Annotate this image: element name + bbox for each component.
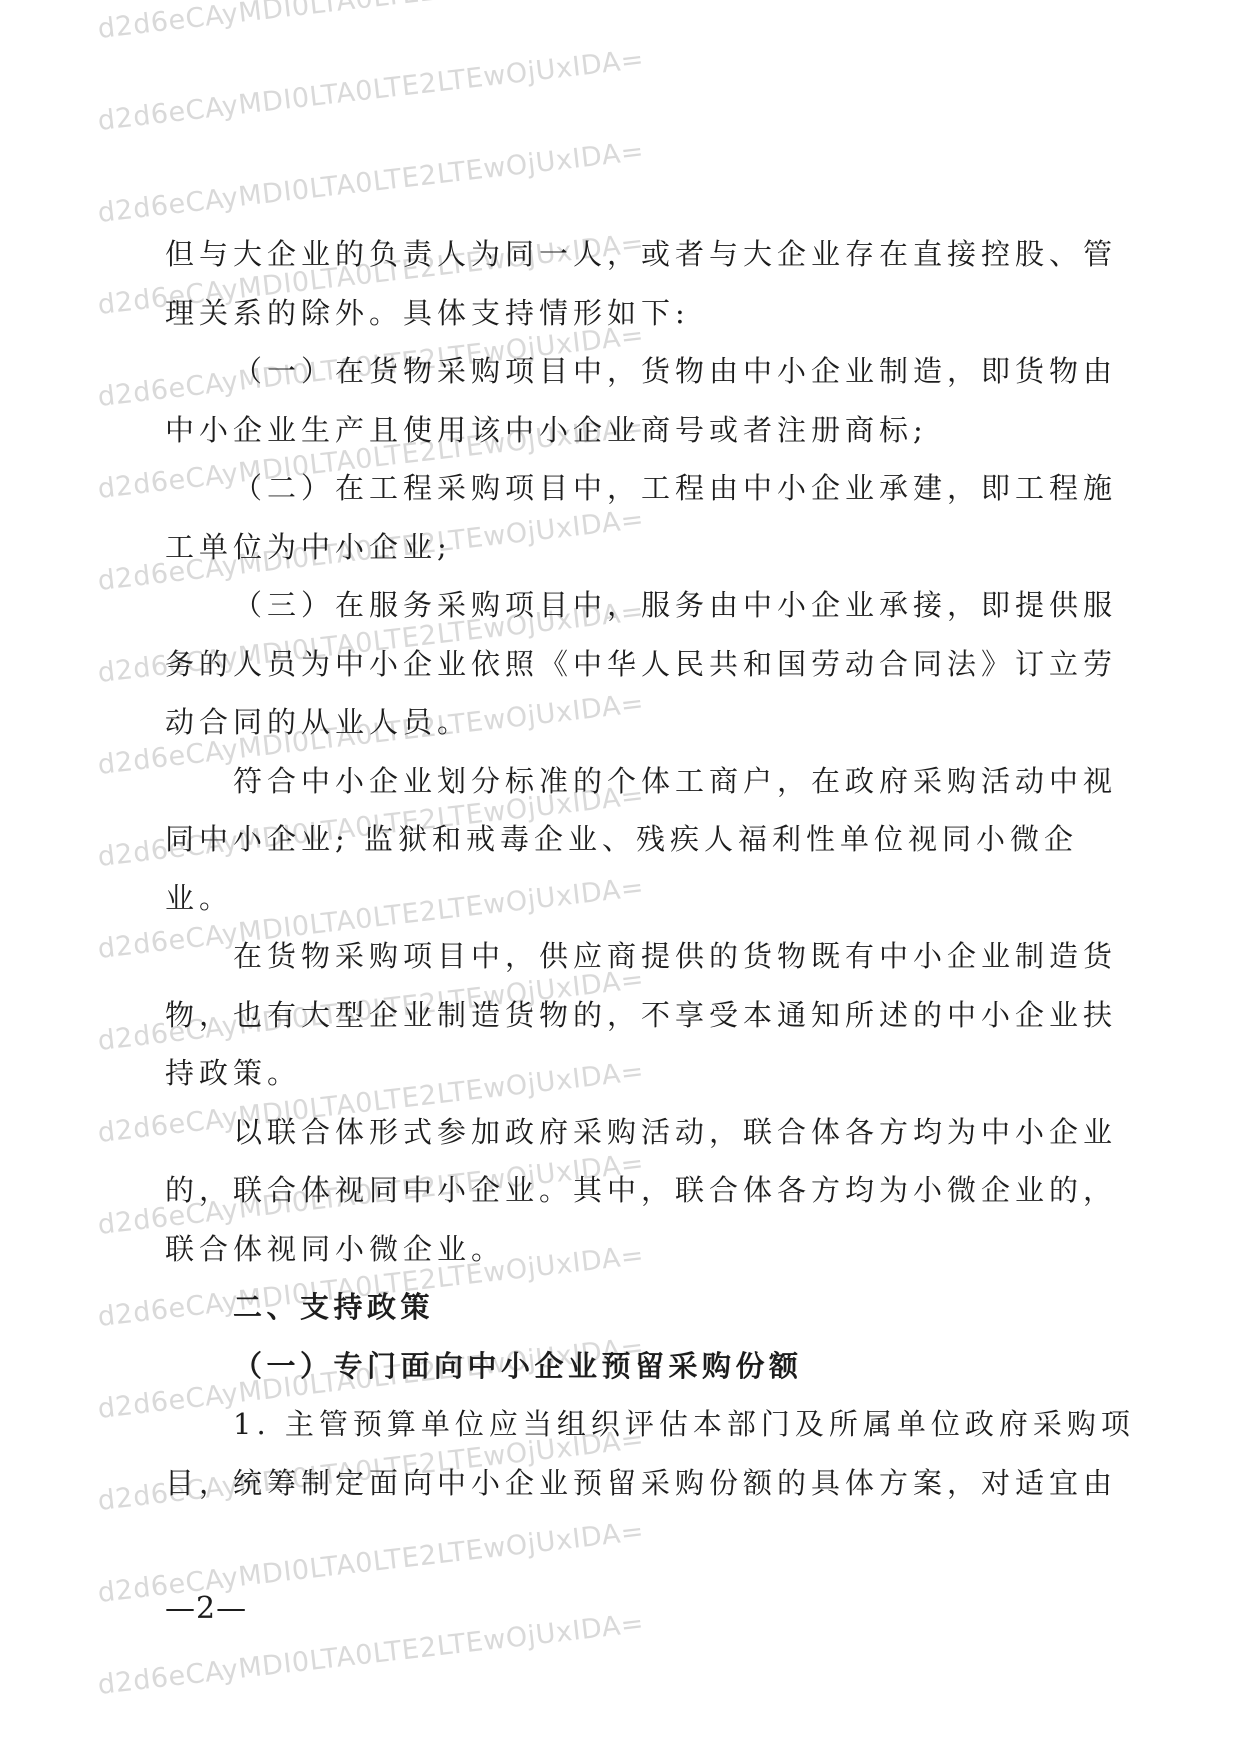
text-line: 业。 [165, 869, 1145, 928]
text-line: 务的人员为中小企业依照《中华人民共和国劳动合同法》订立劳 [165, 635, 1145, 694]
text-line: （二）在工程采购项目中，工程由中小企业承建，即工程施 [165, 459, 1145, 518]
heading-line: 二、支持政策 [165, 1278, 1145, 1337]
text-line: 中小企业生产且使用该中小企业商号或者注册商标; [165, 401, 1145, 460]
text-line: 目，统筹制定面向中小企业预留采购份额的具体方案，对适宜由 [165, 1454, 1145, 1513]
watermark-text: d2d6eCAyMDI0LTA0LTE2LTEwOjUxIDA= [96, 43, 646, 139]
text-line: 1. 主管预算单位应当组织评估本部门及所属单位政府采购项 [165, 1395, 1145, 1454]
text-line: 理关系的除外。具体支持情形如下: [165, 284, 1145, 343]
text-line: 同中小企业; 监狱和戒毒企业、残疾人福利性单位视同小微企 [165, 810, 1145, 869]
document-body: 但与大企业的负责人为同一人，或者与大企业存在直接控股、管理关系的除外。具体支持情… [165, 225, 1145, 1512]
text-line: 工单位为中小企业; [165, 518, 1145, 577]
text-line: 符合中小企业划分标准的个体工商户，在政府采购活动中视 [165, 752, 1145, 811]
text-line: 的，联合体视同中小企业。其中，联合体各方均为小微企业的， [165, 1161, 1145, 1220]
text-line: 物，也有大型企业制造货物的，不享受本通知所述的中小企业扶 [165, 986, 1145, 1045]
watermark-text: d2d6eCAyMDI0LTA0LTE2LTEwOjUxIDA= [96, 135, 646, 231]
text-line: 联合体视同小微企业。 [165, 1220, 1145, 1279]
text-line: （三）在服务采购项目中，服务由中小企业承接，即提供服 [165, 576, 1145, 635]
text-line: 在货物采购项目中，供应商提供的货物既有中小企业制造货 [165, 927, 1145, 986]
text-line: （一）在货物采购项目中，货物由中小企业制造，即货物由 [165, 342, 1145, 401]
heading-line: （一）专门面向中小企业预留采购份额 [165, 1337, 1145, 1396]
watermark-text: d2d6eCAyMDI0LTA0LTE2LTEwOjUxIDA= [96, 0, 646, 47]
text-line: 以联合体形式参加政府采购活动，联合体各方均为中小企业 [165, 1103, 1145, 1162]
text-line: 动合同的从业人员。 [165, 693, 1145, 752]
document-page: d2d6eCAyMDI0LTA0LTE2LTEwOjUxIDA=d2d6eCAy… [0, 0, 1240, 1754]
page-number: —2— [165, 1592, 247, 1626]
text-line: 但与大企业的负责人为同一人，或者与大企业存在直接控股、管 [165, 225, 1145, 284]
text-line: 持政策。 [165, 1044, 1145, 1103]
